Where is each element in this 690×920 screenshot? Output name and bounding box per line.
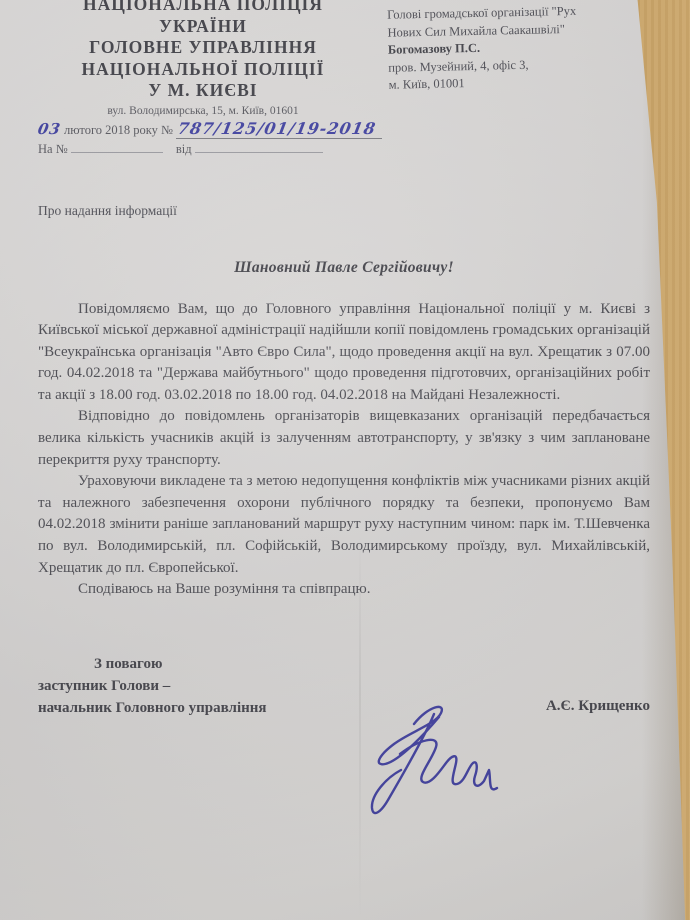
letter-body: Повідомляємо Вам, що до Головного управл… (38, 299, 650, 601)
paragraph: Ураховуючи викладене та з метою недопуще… (38, 471, 650, 579)
subject-line: Про надання інформації (38, 203, 650, 219)
signer-name: А.Є. Крищенко (546, 695, 650, 719)
org-line: У М. КИЄВІ (38, 80, 368, 102)
org-line: УКРАЇНИ (38, 16, 368, 38)
org-line: НАЦІОНАЛЬНА ПОЛІЦІЯ (38, 0, 368, 16)
greeting-line: Шановний Павле Сергійовичу! (38, 259, 650, 277)
paragraph: Повідомляємо Вам, що до Головного управл… (38, 299, 650, 407)
signer-title-line: начальник Головного управління (38, 697, 267, 719)
blank-line (71, 141, 163, 153)
handwritten-signature-icon (336, 700, 506, 830)
org-line: ГОЛОВНЕ УПРАВЛІННЯ (38, 37, 368, 59)
regards-line: З повагою (94, 653, 267, 675)
ref-vid-label: від (176, 142, 192, 156)
org-line: НАЦІОНАЛЬНОЇ ПОЛІЦІЇ (38, 59, 368, 81)
date-number-line: 03 лютого 2018 року № 787/125/01/19-2018 (38, 119, 458, 138)
blank-line (195, 141, 323, 153)
org-name-block: НАЦІОНАЛЬНА ПОЛІЦІЯ УКРАЇНИ ГОЛОВНЕ УПРА… (38, 0, 368, 102)
date-printed-text: лютого 2018 року № (64, 123, 173, 137)
signer-title-line: заступник Голови – (38, 675, 267, 697)
letterhead: НАЦІОНАЛЬНА ПОЛІЦІЯ УКРАЇНИ ГОЛОВНЕ УПРА… (38, 0, 650, 102)
handwritten-day: 03 (36, 120, 62, 138)
signer-title-block: З повагою заступник Голови – начальник Г… (38, 653, 267, 719)
letter-document: НАЦІОНАЛЬНА ПОЛІЦІЯ УКРАЇНИ ГОЛОВНЕ УПРА… (0, 0, 690, 920)
recipient-block: Голові громадської організації "Рух Нови… (387, 1, 651, 104)
ref-na-label: На № (38, 142, 68, 156)
paragraph: Сподіваюсь на Ваше розуміння та співпрац… (38, 579, 650, 601)
org-address-line: вул. Володимирська, 15, м. Київ, 01601 (38, 105, 368, 117)
paragraph: Відповідно до повідомлень організаторів … (38, 406, 650, 471)
handwritten-doc-number: 787/125/01/19-2018 (176, 119, 377, 138)
reference-line: На № від (38, 141, 650, 157)
